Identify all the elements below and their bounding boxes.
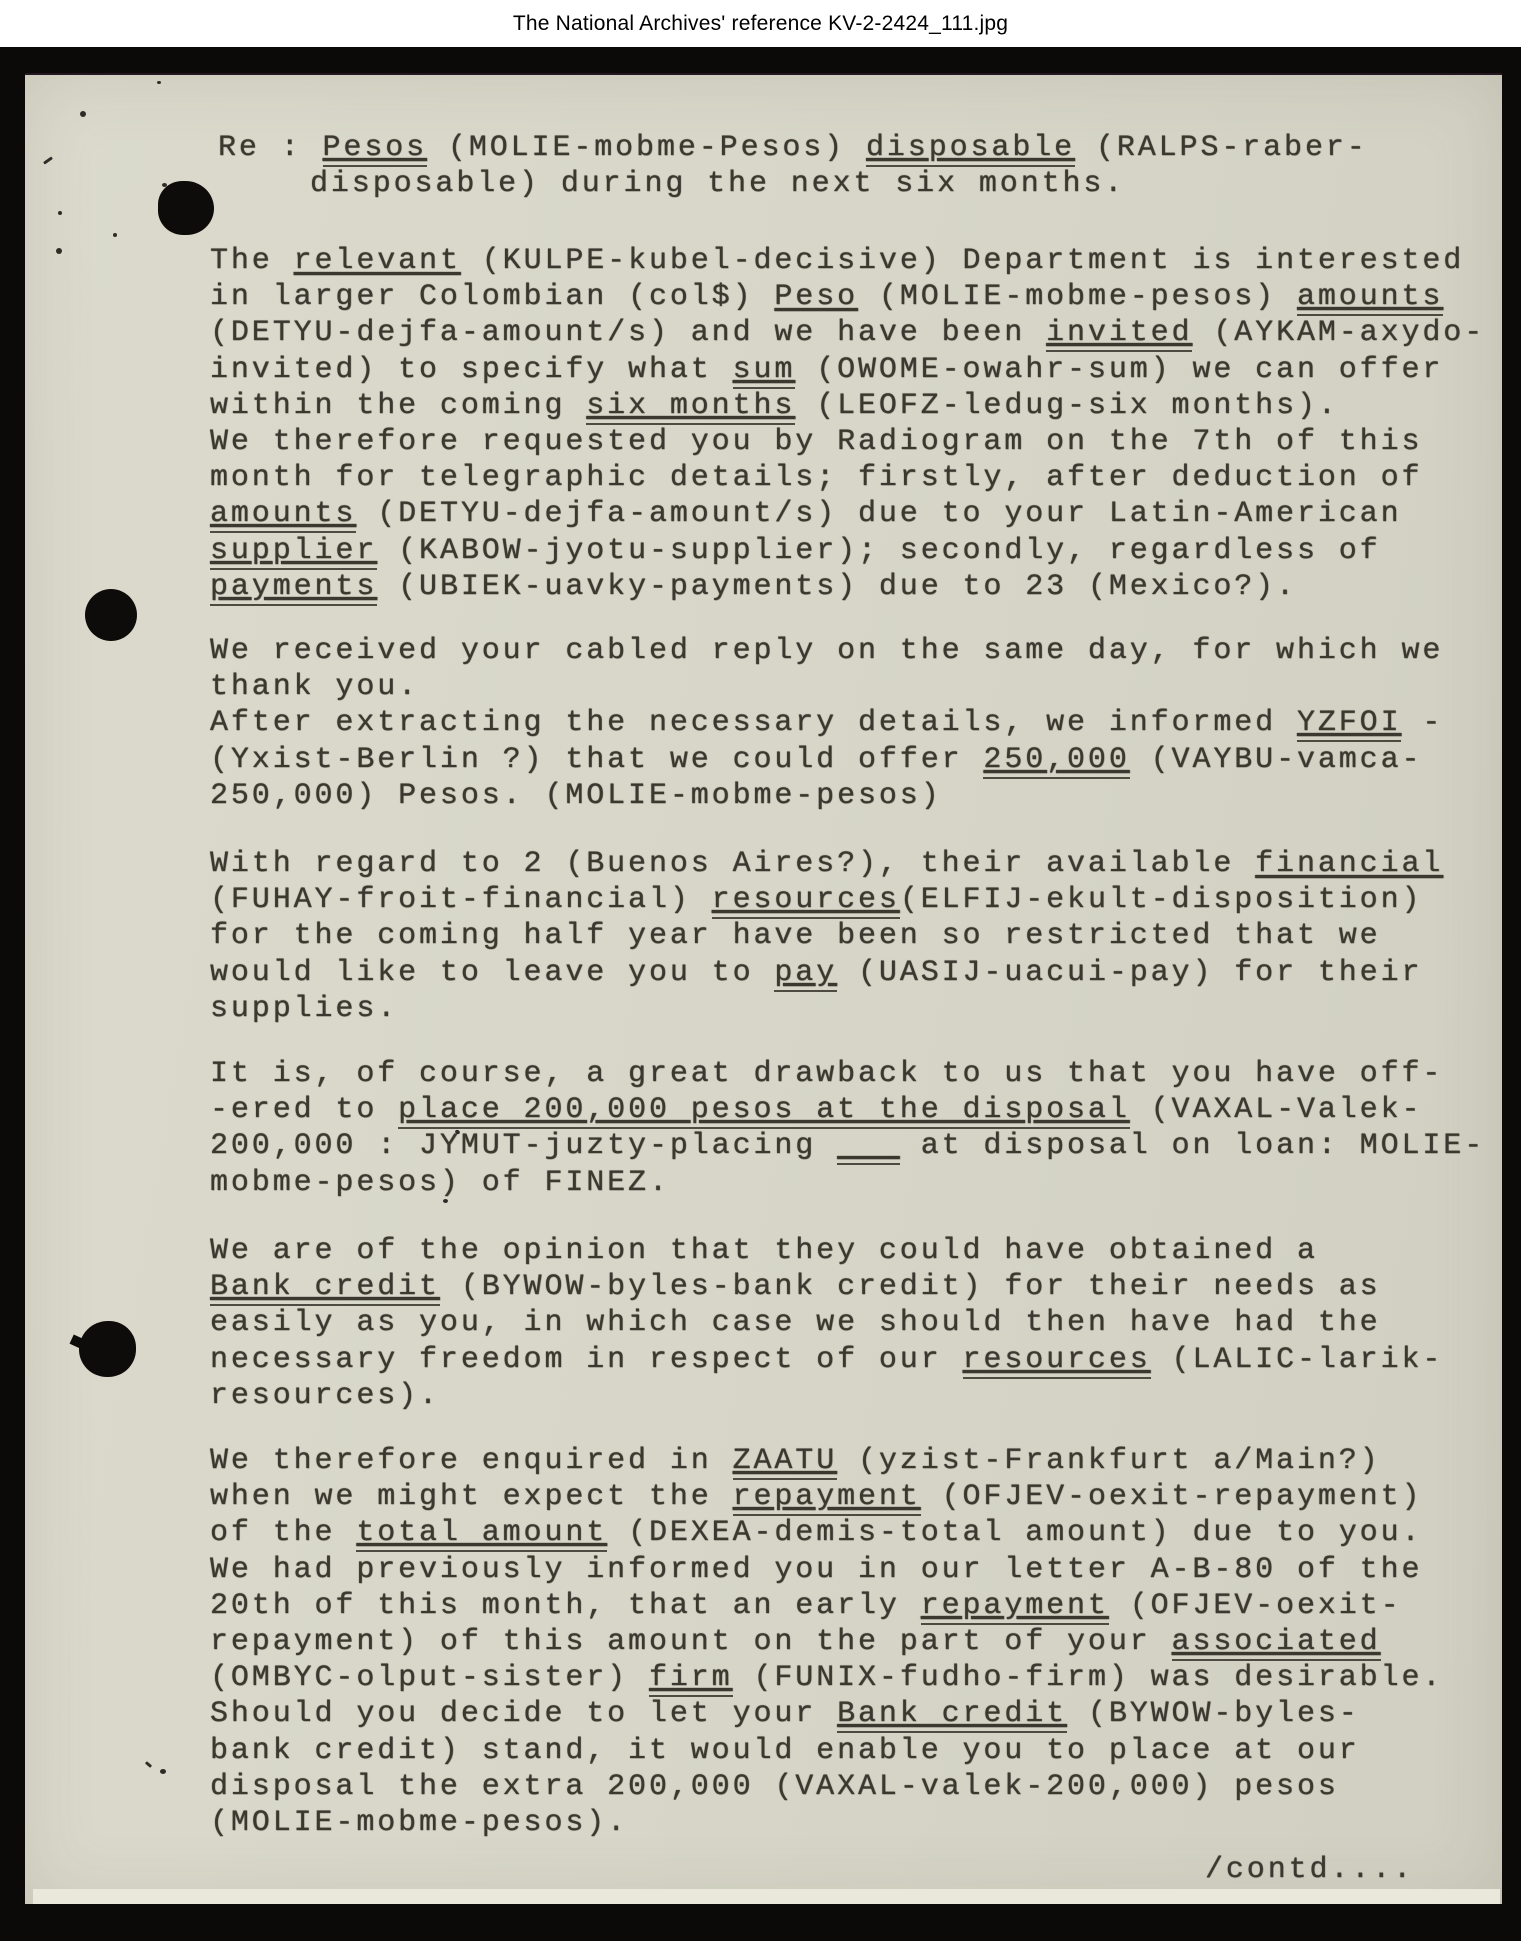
- text-line: We received your cabled reply on the sam…: [210, 633, 1443, 669]
- hole-punch: [79, 1321, 136, 1377]
- text-line: The relevant (KULPE-kubel-decisive) Depa…: [210, 243, 1485, 279]
- underlined-text: [837, 1129, 900, 1165]
- text-segment: (OFJEV-oexit-repayment): [921, 1480, 1423, 1514]
- text-line: thank you.: [210, 669, 1443, 705]
- text-segment: (VAXAL-Valek-: [1130, 1093, 1423, 1127]
- text-segment: (KABOW-jyotu-supplier); secondly, regard…: [377, 534, 1380, 568]
- text-line: supplier (KABOW-jyotu-supplier); secondl…: [210, 533, 1485, 569]
- text-segment: (LALIC-larik-: [1151, 1343, 1444, 1377]
- underlined-text: Bank credit: [837, 1697, 1067, 1733]
- paragraph-2: We received your cabled reply on the sam…: [210, 633, 1443, 814]
- text-segment: supplies.: [210, 992, 398, 1026]
- underlined-text: sum: [733, 353, 796, 389]
- text-segment: We are of the opinion that they could ha…: [210, 1234, 1318, 1268]
- document-page: Re : Pesos (MOLIE-mobme-Pesos) disposabl…: [25, 73, 1502, 1904]
- underlined-text: financial: [1255, 847, 1443, 881]
- underlined-text: firm: [649, 1661, 733, 1697]
- archive-reference-title: The National Archives' reference KV-2-24…: [513, 12, 1008, 36]
- text-segment: disposable) during the next six months.: [310, 167, 1125, 201]
- text-line: Re : Pesos (MOLIE-mobme-Pesos) disposabl…: [218, 130, 1368, 166]
- text-line: (Yxist-Berlin ?) that we could offer 250…: [210, 742, 1443, 778]
- underlined-text: relevant: [294, 244, 461, 278]
- underlined-text: place 200,000 pesos at the disposal: [398, 1093, 1130, 1129]
- underlined-text: YZFOI: [1297, 706, 1402, 742]
- text-segment: (DEXEA-demis-total amount) due to you.: [607, 1516, 1422, 1550]
- paper-speck: [162, 183, 167, 187]
- text-segment: 20th of this month, that an early: [210, 1589, 921, 1623]
- caption-bar: The National Archives' reference KV-2-24…: [0, 0, 1521, 47]
- paragraph-5: We are of the opinion that they could ha…: [210, 1233, 1443, 1414]
- underlined-text: repayment: [921, 1589, 1109, 1625]
- text-segment: necessary freedom in respect of our: [210, 1343, 963, 1377]
- text-segment: (UBIEK-uavky-payments) due to 23 (Mexico…: [377, 570, 1297, 604]
- text-segment: (Yxist-Berlin ?) that we could offer: [210, 743, 983, 777]
- underlined-text: disposable: [866, 131, 1075, 167]
- paper-speck: [43, 156, 53, 164]
- text-line: of the total amount (DEXEA-demis-total a…: [210, 1515, 1443, 1551]
- text-segment: (LEOFZ-ledug-six months).: [795, 389, 1338, 423]
- paper-speck: [113, 233, 117, 237]
- underlined-text: invited: [1046, 316, 1192, 352]
- underlined-text: six months: [586, 389, 795, 425]
- text-segment: (UASIJ-uacui-pay) for their: [837, 956, 1422, 990]
- text-line: necessary freedom in respect of our reso…: [210, 1342, 1443, 1378]
- text-line: payments (UBIEK-uavky-payments) due to 2…: [210, 569, 1485, 605]
- text-line: -ered to place 200,000 pesos at the disp…: [210, 1092, 1485, 1128]
- text-line: when we might expect the repayment (OFJE…: [210, 1479, 1443, 1515]
- continuation-marker: /contd....: [1205, 1852, 1414, 1888]
- text-segment: 250,000) Pesos. (MOLIE-mobme-pesos): [210, 779, 942, 813]
- hole-punch: [85, 589, 137, 641]
- text-segment: 200,000 : JYMUT-juzty-placing: [210, 1129, 837, 1163]
- text-line: disposable) during the next six months.: [218, 166, 1368, 202]
- underlined-text: amounts: [210, 497, 356, 533]
- paragraph-4: It is, of course, a great drawback to us…: [210, 1056, 1485, 1201]
- paper-speck: [160, 1769, 166, 1774]
- text-segment: We therefore enquired in: [210, 1444, 733, 1478]
- underlined-text: Bank credit: [210, 1270, 440, 1306]
- paper-speck: [56, 248, 62, 254]
- paper-speck: [145, 1761, 152, 1768]
- text-segment: month for telegraphic details; firstly, …: [210, 461, 1422, 495]
- text-line: (MOLIE-mobme-pesos).: [210, 1805, 1443, 1841]
- text-segment: in larger Colombian (col$): [210, 280, 774, 314]
- text-line: (OMBYC-olput-sister) firm (FUNIX-fudho-f…: [210, 1660, 1443, 1696]
- hole-punch: [158, 181, 214, 235]
- underlined-text: Peso: [774, 280, 858, 314]
- text-segment: (DETYU-dejfa-amount/s) due to your Latin…: [356, 497, 1401, 531]
- text-line: mobme-pesos) of FINEZ.: [210, 1165, 1485, 1201]
- text-segment: within the coming: [210, 389, 586, 423]
- text-segment: (KULPE-kubel-decisive) Department is int…: [461, 244, 1464, 278]
- underlined-text: ZAATU: [733, 1444, 838, 1480]
- text-segment: (VAYBU-vamca-: [1130, 743, 1423, 777]
- text-line: month for telegraphic details; firstly, …: [210, 460, 1485, 496]
- text-segment: (AYKAM-axydo-: [1192, 316, 1485, 350]
- text-line: bank credit) stand, it would enable you …: [210, 1733, 1443, 1769]
- paragraph-1: The relevant (KULPE-kubel-decisive) Depa…: [210, 243, 1485, 605]
- text-line: It is, of course, a great drawback to us…: [210, 1056, 1485, 1092]
- text-segment: easily as you, in which case we should t…: [210, 1306, 1381, 1340]
- text-segment: (RALPS-raber-: [1075, 131, 1368, 165]
- text-line: would like to leave you to pay (UASIJ-ua…: [210, 955, 1443, 991]
- text-segment: (DETYU-dejfa-amount/s) and we have been: [210, 316, 1046, 350]
- text-segment: It is, of course, a great drawback to us…: [210, 1057, 1443, 1091]
- text-line: After extracting the necessary details, …: [210, 705, 1443, 741]
- text-line: We therefore enquired in ZAATU (yzist-Fr…: [210, 1443, 1443, 1479]
- text-segment: We therefore requested you by Radiogram …: [210, 425, 1422, 459]
- text-segment: (OWOME-owahr-sum) we can offer: [795, 353, 1443, 387]
- underlined-text: repayment: [733, 1480, 921, 1516]
- text-segment: (BYWOW-byles-: [1067, 1697, 1360, 1731]
- text-line: 20th of this month, that an early repaym…: [210, 1588, 1443, 1624]
- text-segment: We had previously informed you in our le…: [210, 1553, 1422, 1587]
- subject-line: Re : Pesos (MOLIE-mobme-Pesos) disposabl…: [218, 130, 1368, 202]
- underlined-text: supplier: [210, 534, 377, 570]
- underlined-text: pay: [774, 956, 837, 992]
- text-segment: (OMBYC-olput-sister): [210, 1661, 649, 1695]
- underlined-text: resources: [712, 883, 900, 919]
- text-segment: (MOLIE-mobme-pesos): [858, 280, 1297, 314]
- text-segment: of the: [210, 1516, 356, 1550]
- text-segment: repayment) of this amount on the part of…: [210, 1625, 1172, 1659]
- text-line: We therefore requested you by Radiogram …: [210, 424, 1485, 460]
- text-segment: -: [1401, 706, 1443, 740]
- text-line: 250,000) Pesos. (MOLIE-mobme-pesos): [210, 778, 1443, 814]
- underlined-text: associated: [1172, 1625, 1381, 1661]
- paper-speck: [157, 81, 161, 84]
- text-line: (DETYU-dejfa-amount/s) and we have been …: [210, 315, 1485, 351]
- text-segment: Re :: [218, 131, 323, 165]
- text-segment: disposal the extra 200,000 (VAXAL-valek-…: [210, 1770, 1339, 1804]
- paper-speck: [58, 211, 62, 215]
- text-segment: (BYWOW-byles-bank credit) for their need…: [440, 1270, 1381, 1304]
- text-segment: Should you decide to let your: [210, 1697, 837, 1731]
- paragraph-3: With regard to 2 (Buenos Aires?), their …: [210, 846, 1443, 1027]
- text-segment: (FUHAY-froit-financial): [210, 883, 712, 917]
- text-segment: -ered to: [210, 1093, 398, 1127]
- text-segment: After extracting the necessary details, …: [210, 706, 1297, 740]
- underlined-text: total amount: [356, 1516, 607, 1552]
- text-segment: The: [210, 244, 294, 278]
- text-line: supplies.: [210, 991, 1443, 1027]
- text-segment: (ELFIJ-ekult-disposition): [900, 883, 1423, 917]
- text-segment: resources).: [210, 1379, 440, 1413]
- text-line: 200,000 : JYMUT-juzty-placing at disposa…: [210, 1128, 1485, 1164]
- text-segment: (yzist-Frankfurt a/Main?): [837, 1444, 1380, 1478]
- underlined-text: Pesos: [323, 131, 428, 167]
- text-segment: (OFJEV-oexit-: [1109, 1589, 1402, 1623]
- underlined-text: 250,000: [983, 743, 1129, 779]
- text-segment: We received your cabled reply on the sam…: [210, 634, 1443, 668]
- text-line: With regard to 2 (Buenos Aires?), their …: [210, 846, 1443, 882]
- text-line: invited) to specify what sum (OWOME-owah…: [210, 352, 1485, 388]
- text-segment: (MOLIE-mobme-pesos).: [210, 1806, 628, 1840]
- text-line: in larger Colombian (col$) Peso (MOLIE-m…: [210, 279, 1485, 315]
- text-segment: thank you.: [210, 670, 419, 704]
- text-line: easily as you, in which case we should t…: [210, 1305, 1443, 1341]
- text-line: amounts (DETYU-dejfa-amount/s) due to yo…: [210, 496, 1485, 532]
- text-line: (FUHAY-froit-financial) resources(ELFIJ-…: [210, 882, 1443, 918]
- text-segment: invited) to specify what: [210, 353, 733, 387]
- text-segment: at disposal on loan: MOLIE-: [900, 1129, 1485, 1163]
- text-segment: With regard to 2 (Buenos Aires?), their …: [210, 847, 1255, 881]
- underlined-text: amounts: [1297, 280, 1443, 316]
- text-segment: would like to leave you to: [210, 956, 774, 990]
- text-segment: (MOLIE-mobme-Pesos): [427, 131, 866, 165]
- text-line: Bank credit (BYWOW-byles-bank credit) fo…: [210, 1269, 1443, 1305]
- text-segment: when we might expect the: [210, 1480, 733, 1514]
- paper-speck: [80, 111, 86, 117]
- text-line: repayment) of this amount on the part of…: [210, 1624, 1443, 1660]
- text-segment: mobme-pesos) of FINEZ.: [210, 1166, 670, 1200]
- text-line: disposal the extra 200,000 (VAXAL-valek-…: [210, 1769, 1443, 1805]
- underlined-text: payments: [210, 570, 377, 606]
- text-segment: (FUNIX-fudho-firm) was desirable.: [733, 1661, 1444, 1695]
- text-line: for the coming half year have been so re…: [210, 918, 1443, 954]
- underlined-text: resources: [963, 1343, 1151, 1379]
- text-line: resources).: [210, 1378, 1443, 1414]
- text-line: We are of the opinion that they could ha…: [210, 1233, 1443, 1269]
- paragraph-6: We therefore enquired in ZAATU (yzist-Fr…: [210, 1443, 1443, 1841]
- text-line: We had previously informed you in our le…: [210, 1552, 1443, 1588]
- text-segment: bank credit) stand, it would enable you …: [210, 1734, 1360, 1768]
- text-segment: for the coming half year have been so re…: [210, 919, 1381, 953]
- text-line: Should you decide to let your Bank credi…: [210, 1696, 1443, 1732]
- text-line: within the coming six months (LEOFZ-ledu…: [210, 388, 1485, 424]
